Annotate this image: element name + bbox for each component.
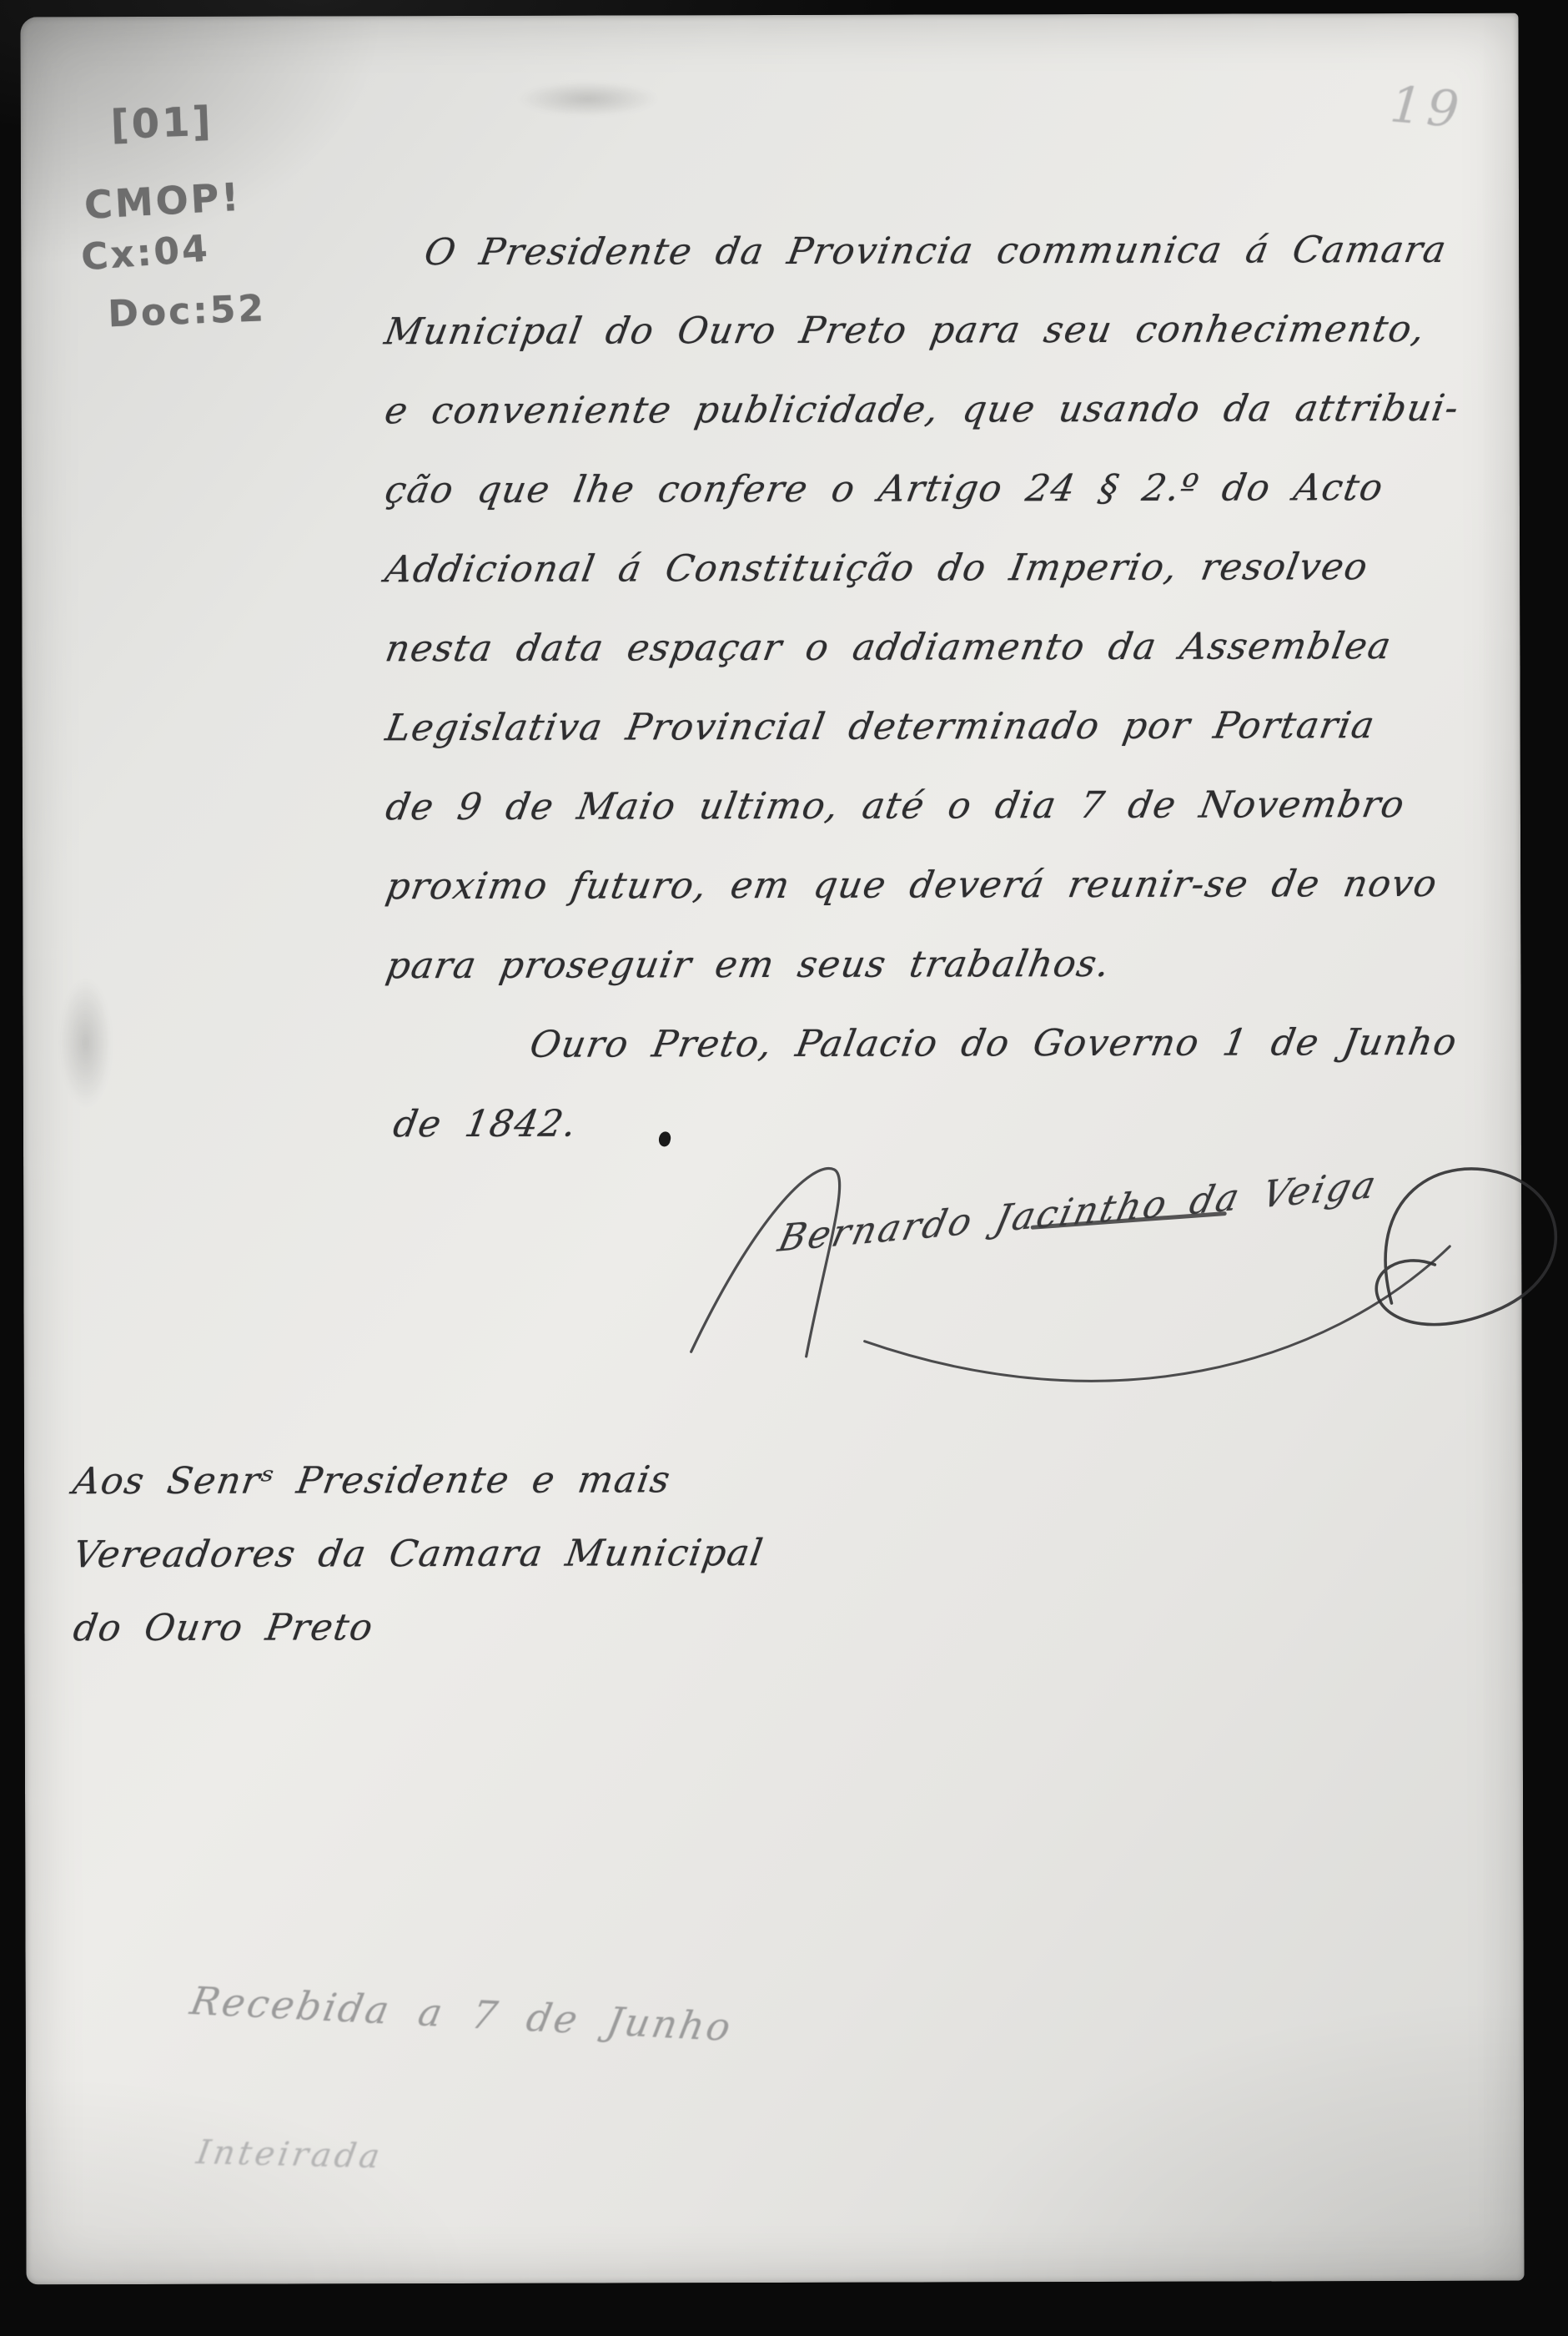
archive-corner-label: [01] [110,98,214,149]
edge-shadow-smudge [48,951,123,1135]
address-line: Vereadores da Camara Municipal [68,1517,769,1592]
letter-line: proximo futuro, em que deverá reunir-se … [379,843,1568,926]
faint-note: Inteirada [193,2133,385,2176]
address-line: Aos Senrˢ Presidente e mais [68,1443,769,1518]
letter-line: ção que lhe confere o Artigo 24 § 2.º do… [379,447,1568,530]
address-block: Aos Senrˢ Presidente e mais Vereadores d… [68,1443,758,1665]
signature-flourish [641,1139,1568,1442]
signature-block: Bernardo Jacintho da Veiga [641,1139,1568,1442]
letter-line: Municipal do Ouro Preto para seu conheci… [379,289,1568,371]
page-number: 19 [1388,75,1466,139]
scanned-document-screenshot: { "archive_annotations": { "corner_label… [0,0,1568,2336]
letter-line: Legislativa Provincial determinado por P… [379,685,1568,768]
document-page: [01] CMOP! Cx:04 Doc:52 19 O Presidente … [20,13,1524,2285]
archive-doc-label: Doc:52 [107,287,266,335]
address-line: do Ouro Preto [68,1590,770,1665]
letter-line: de 9 de Maio ultimo, até o dia 7 de Nove… [379,764,1568,847]
archive-fonds-code: CMOP! [83,174,243,228]
letter-body: O Presidente da Provincia communica á Ca… [378,210,1556,1165]
letter-line: para proseguir em seus trabalhos. [380,923,1568,1005]
ink-smudge [488,73,688,124]
letter-line: nesta data espaçar o addiamento da Assem… [379,606,1568,688]
received-note: Recebida a 7 de Junho [187,1978,736,2050]
letter-line: O Presidente da Provincia communica á Ca… [378,209,1567,292]
letter-line: Addicional á Constituição do Imperio, re… [379,526,1568,609]
letter-line: e conveniente publicidade, que usando da… [379,368,1568,451]
archive-box-label: Cx:04 [80,227,212,279]
letter-dateline: Ouro Preto, Palacio do Governo 1 de Junh… [524,1002,1568,1084]
